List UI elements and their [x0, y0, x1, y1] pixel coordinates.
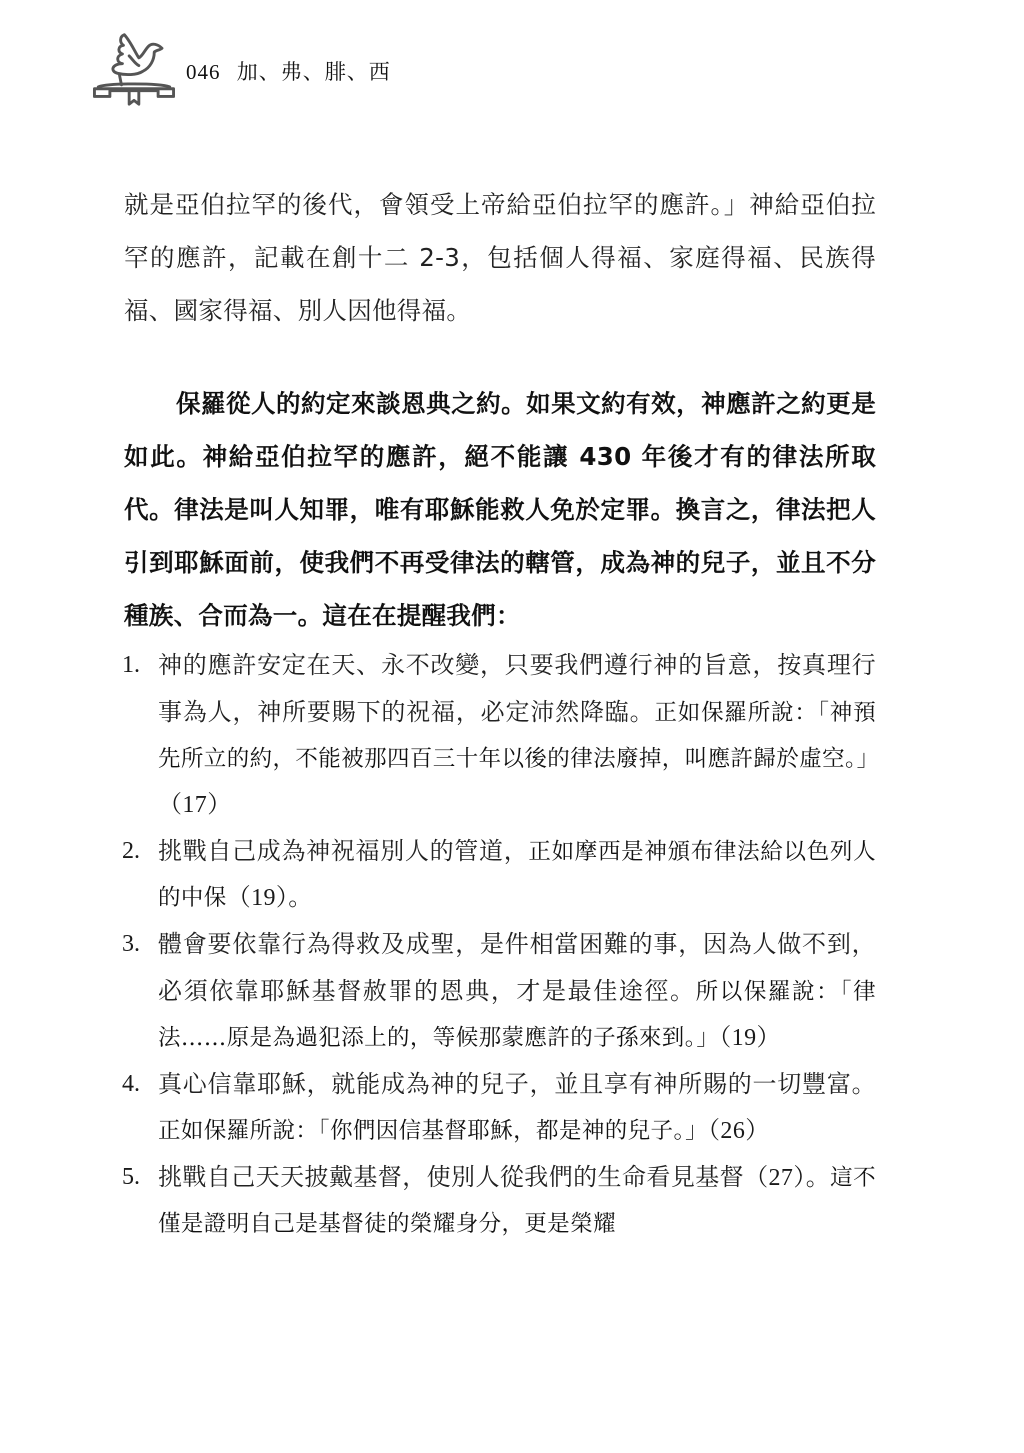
list-number: 2.	[122, 828, 140, 874]
scripture-reference: （26）	[708, 1118, 770, 1144]
list-item: 3. 體會要依靠行為得救及成聖，是件相當困難的事，因為人做不到，必須依靠耶穌基督…	[88, 921, 876, 1061]
page-header	[88, 28, 180, 108]
list-item: 4. 真心信靠耶穌，就能成為神的兒子，並且享有神所賜的一切豐富。正如保羅所說：「…	[88, 1061, 876, 1154]
list-item-quote: 正如保羅所說：「你們因信基督耶穌，都是神的兒子。」	[158, 1118, 708, 1144]
scripture-reference: （19）	[719, 1025, 781, 1051]
list-item-main: 真心信靠耶穌，就能成為神的兒子，並且享有神所賜的一切豐富。	[158, 1070, 876, 1098]
page-body: 就是亞伯拉罕的後代，會領受上帝給亞伯拉罕的應許。」神給亞伯拉罕的應許，記載在創十…	[124, 178, 876, 1247]
list-number: 5.	[122, 1154, 140, 1200]
scripture-reference: （17）	[158, 792, 232, 818]
paragraph-spacer	[124, 337, 876, 377]
list-number: 4.	[122, 1061, 140, 1107]
list-item-main: 挑戰自己成為神祝福別人的管道，	[158, 837, 528, 865]
list-item: 5. 挑戰自己天天披戴基督，使別人從我們的生命看見基督（27）。這不僅是證明自己…	[88, 1154, 876, 1247]
scripture-reference: （27）。	[744, 1165, 830, 1191]
scripture-reference: （19）。	[227, 885, 313, 911]
paragraph-continuation: 就是亞伯拉罕的後代，會領受上帝給亞伯拉罕的應許。」神給亞伯拉罕的應許，記載在創十…	[124, 178, 876, 337]
list-number: 3.	[122, 921, 140, 967]
page-number: 046	[186, 60, 221, 84]
running-head: 046 加、弗、腓、西	[186, 56, 391, 86]
paragraph-main: 保羅從人的約定來談恩典之約。如果文約有效，神應許之約更是如此。神給亞伯拉罕的應許…	[124, 377, 876, 642]
list-number: 1.	[122, 642, 140, 688]
list-item: 2. 挑戰自己成為神祝福別人的管道，正如摩西是神頒布律法給以色列人的中保（19）…	[88, 828, 876, 921]
list-item: 1. 神的應許安定在天、永不改變，只要我們遵行神的旨意，按真理行事為人，神所要賜…	[88, 642, 876, 828]
reminder-list: 1. 神的應許安定在天、永不改變，只要我們遵行神的旨意，按真理行事為人，神所要賜…	[124, 642, 876, 1247]
list-item-main: 挑戰自己天天披戴基督，使別人從我們的生命看見基督	[158, 1163, 744, 1191]
dove-on-scroll-icon	[88, 27, 180, 109]
book-title: 加、弗、腓、西	[237, 60, 391, 84]
